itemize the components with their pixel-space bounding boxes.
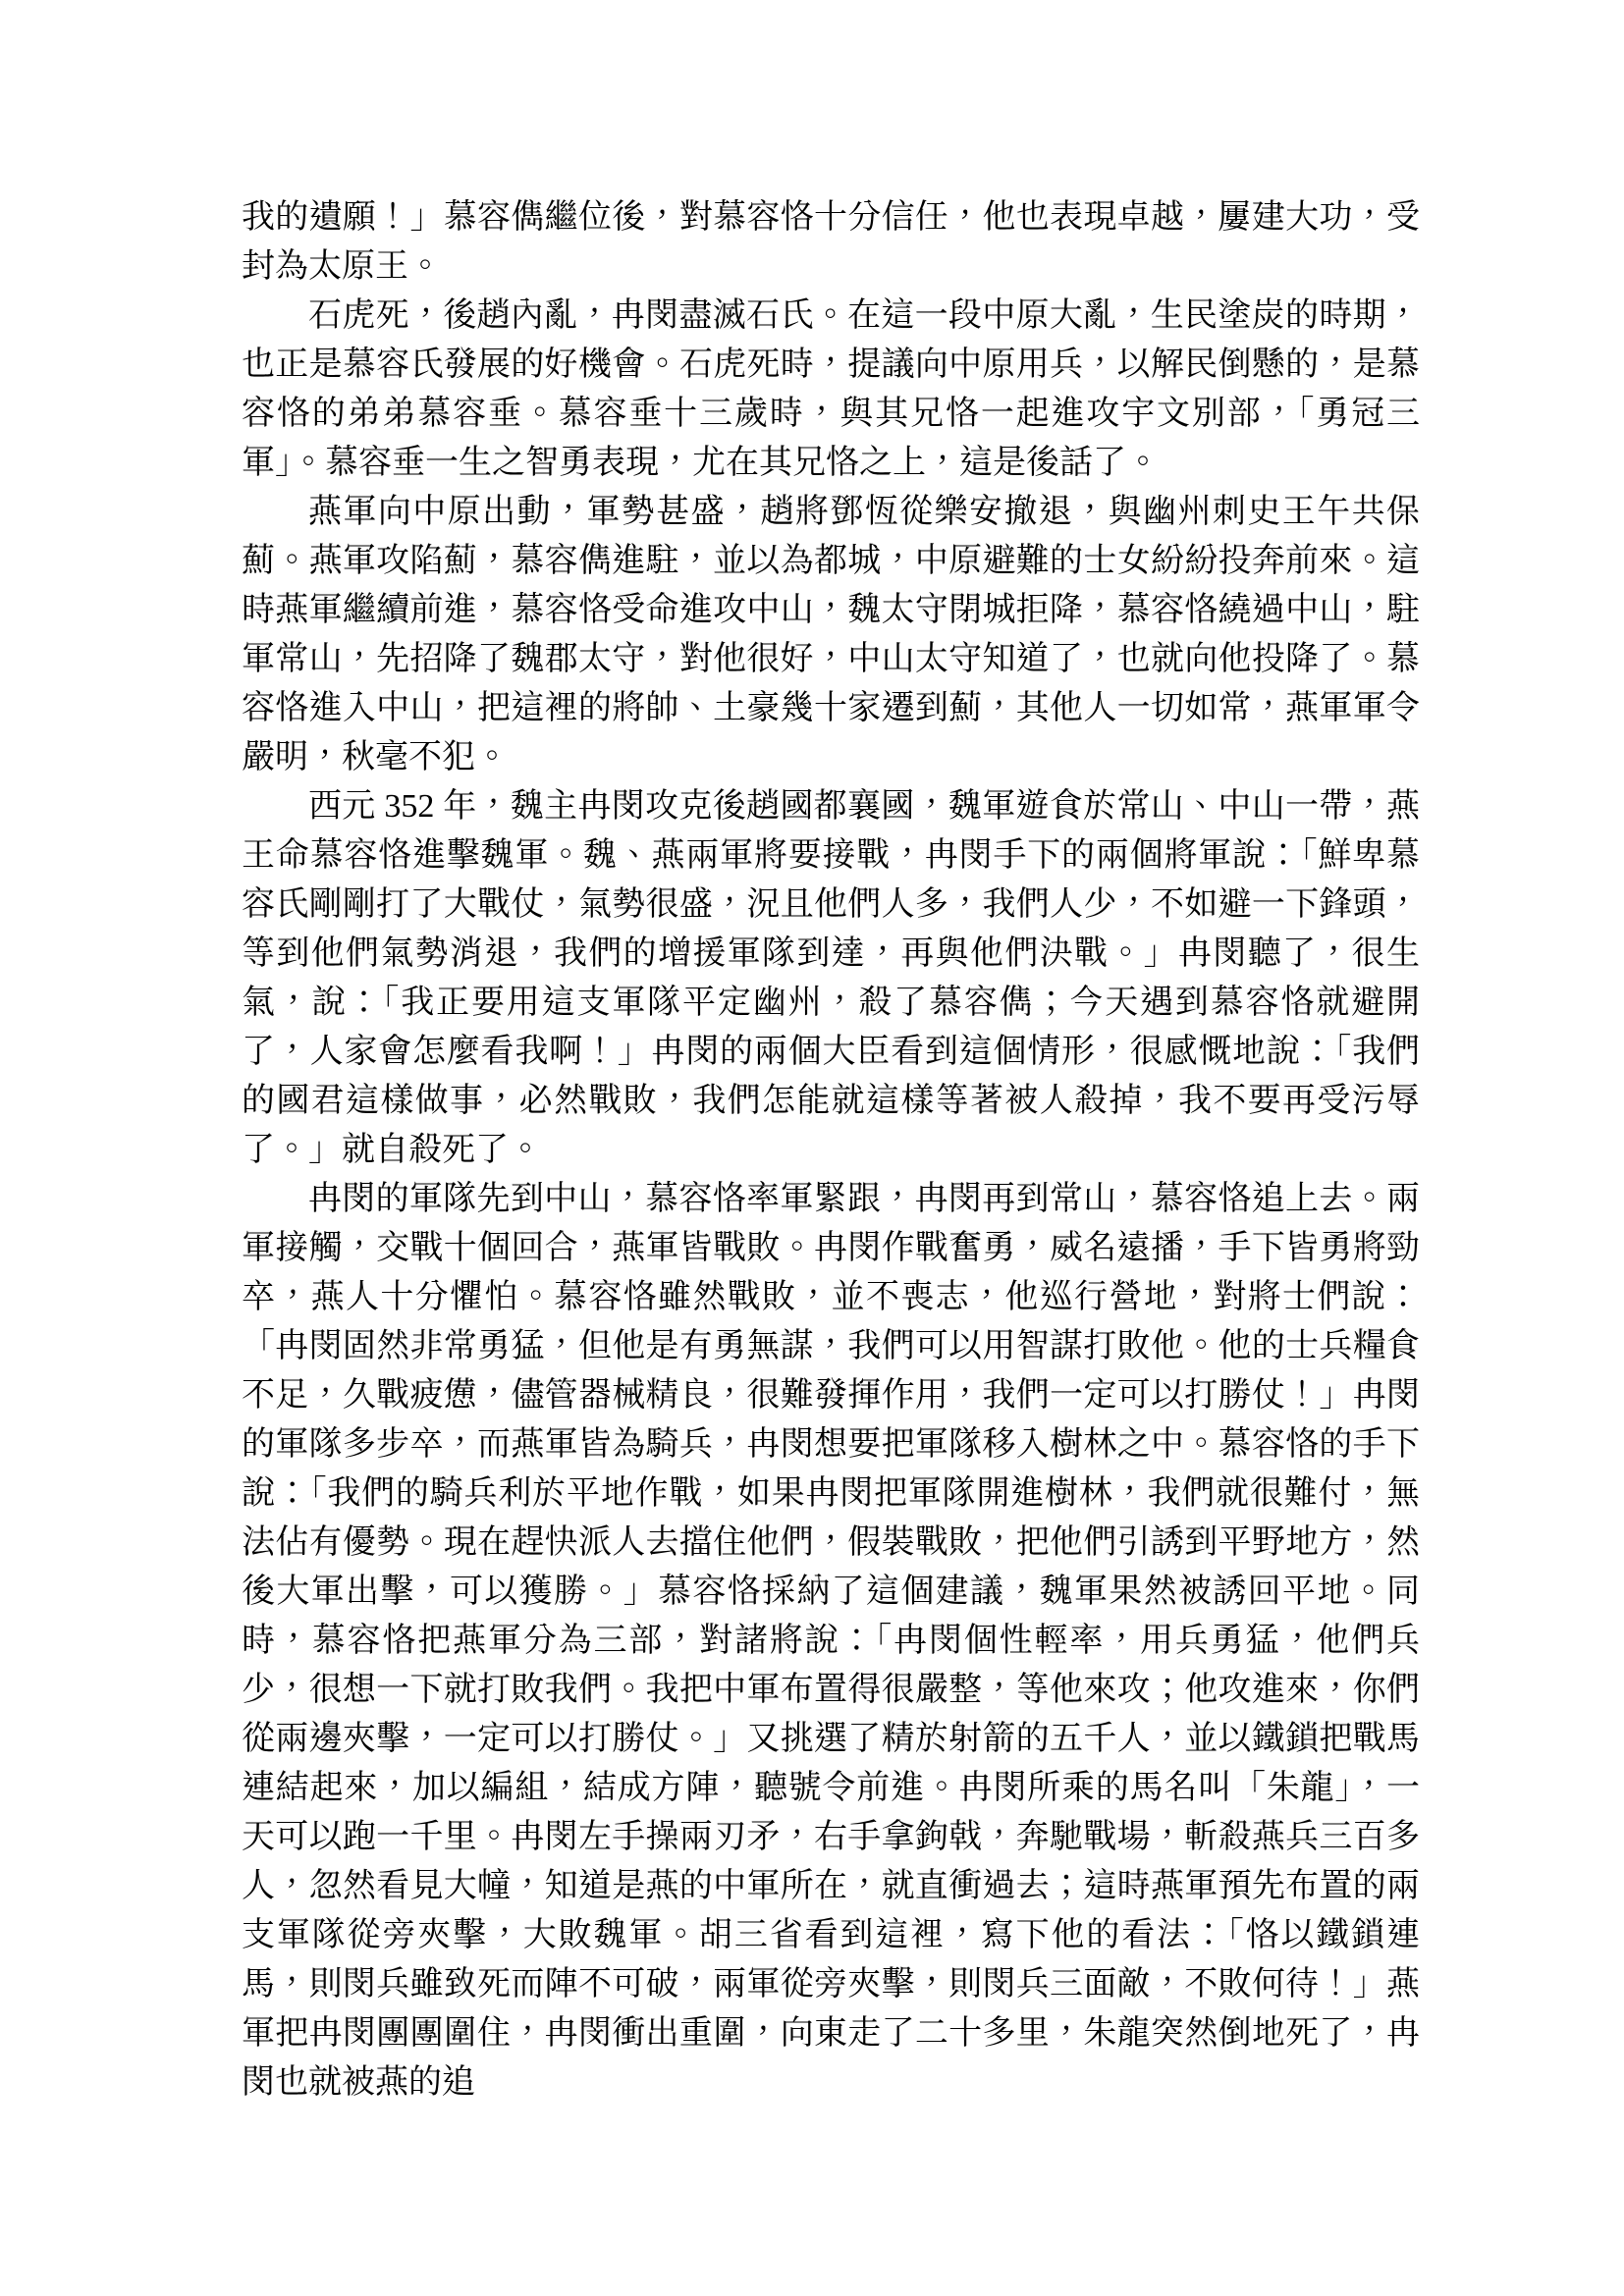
paragraph-continuation: 我的遺願！」慕容儁繼位後，對慕容恪十分信任，他也表現卓越，屢建大功，受封為太原王… [242,193,1420,292]
document-page: 我的遺願！」慕容儁繼位後，對慕容恪十分信任，他也表現卓越，屢建大功，受封為太原王… [0,0,1624,2296]
paragraph: 冉閔的軍隊先到中山，慕容恪率軍緊跟，冉閔再到常山，慕容恪追上去。兩軍接觸，交戰十… [242,1175,1420,2108]
paragraph: 西元 352 年，魏主冉閔攻克後趙國都襄國，魏軍遊食於常山、中山一帶，燕王命慕容… [242,782,1420,1175]
paragraph: 燕軍向中原出動，軍勢甚盛，趙將鄧恆從樂安撤退，與幽州刺史王午共保薊。燕軍攻陷薊，… [242,488,1420,782]
text-block: 我的遺願！」慕容儁繼位後，對慕容恪十分信任，他也表現卓越，屢建大功，受封為太原王… [242,193,1420,2108]
paragraph: 石虎死，後趙內亂，冉閔盡滅石氏。在這一段中原大亂，生民塗炭的時期，也正是慕容氏發… [242,292,1420,488]
